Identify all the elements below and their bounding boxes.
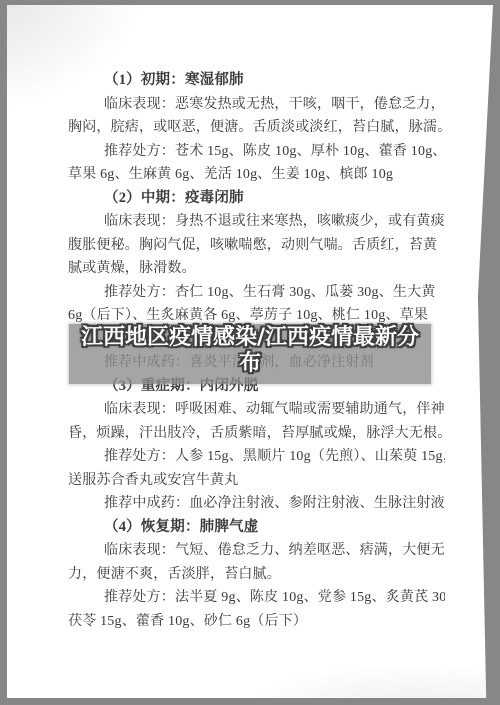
section-heading: （1）初期：寒湿郁肺 — [68, 69, 445, 93]
document-line: 临床表现：身热不退或往来寒热，咳嗽痰少，或有黄痰， — [68, 210, 445, 234]
document-line: 送服苏合香丸或安宫牛黄丸 — [68, 469, 445, 493]
section-heading: （2）中期：疫毒闭肺 — [68, 187, 445, 211]
screenshot-root: { "theme": { "outer_bg": "#878787", "pap… — [0, 0, 500, 705]
document-line: 胸闷，脘痞，或呕恶，便溏。舌质淡或淡红，苔白腻，脉濡。 — [68, 116, 445, 140]
document-line: 临床表现：呼吸困难、动辄气喘或需要辅助通气，伴神 — [68, 398, 445, 422]
document-line: 腹胀便秘。胸闷气促，咳嗽喘憋，动则气喘。舌质红，苔黄 — [68, 234, 445, 258]
document-line: 推荐中成药：血必净注射液、参附注射液、生脉注射液 — [68, 492, 445, 516]
document-line: 草果 6g、生麻黄 6g、羌活 10g、生姜 10g、槟郎 10g — [68, 163, 445, 187]
document-body: （1）初期：寒湿郁肺临床表现：恶寒发热或无热，干咳，咽干，倦怠乏力，胸闷，脘痞，… — [7, 5, 493, 633]
headline-line-2: 布 — [69, 351, 431, 377]
document-line: 茯苓 15g、藿香 10g、砂仁 6g（后下） — [68, 610, 445, 634]
document-line: 推荐处方：人参 15g、黑顺片 10g（先煎）、山茱萸 15g， — [68, 445, 445, 469]
document-line: 临床表现：恶寒发热或无热，干咳，咽干，倦怠乏力， — [68, 93, 445, 117]
document-line: 推荐处方：法半夏 9g、陈皮 10g、党参 15g、炙黄芪 30g、 — [68, 586, 445, 610]
document-line: 腻或黄燥，脉滑数。 — [68, 257, 445, 281]
document-line: 推荐处方：苍术 15g、陈皮 10g、厚朴 10g、藿香 10g、 — [68, 140, 445, 164]
document-line: 推荐处方：杏仁 10g、生石膏 30g、瓜蒌 30g、生大黄 — [68, 281, 445, 305]
document-line: 昏，烦躁，汗出肢冷，舌质紫暗，苔厚腻或燥，脉浮大无根。 — [68, 422, 445, 446]
document-line: 力，便溏不爽，舌淡胖，苔白腻。 — [68, 563, 445, 587]
document-line: 临床表现：气短、倦怠乏力、纳差呕恶、痞满，大便无 — [68, 539, 445, 563]
headline-line-1: 江西地区疫情感染/江西疫情最新分 — [69, 325, 431, 351]
headline-title: 江西地区疫情感染/江西疫情最新分 布 — [69, 325, 431, 377]
section-heading: （4）恢复期：肺脾气虚 — [68, 516, 445, 540]
